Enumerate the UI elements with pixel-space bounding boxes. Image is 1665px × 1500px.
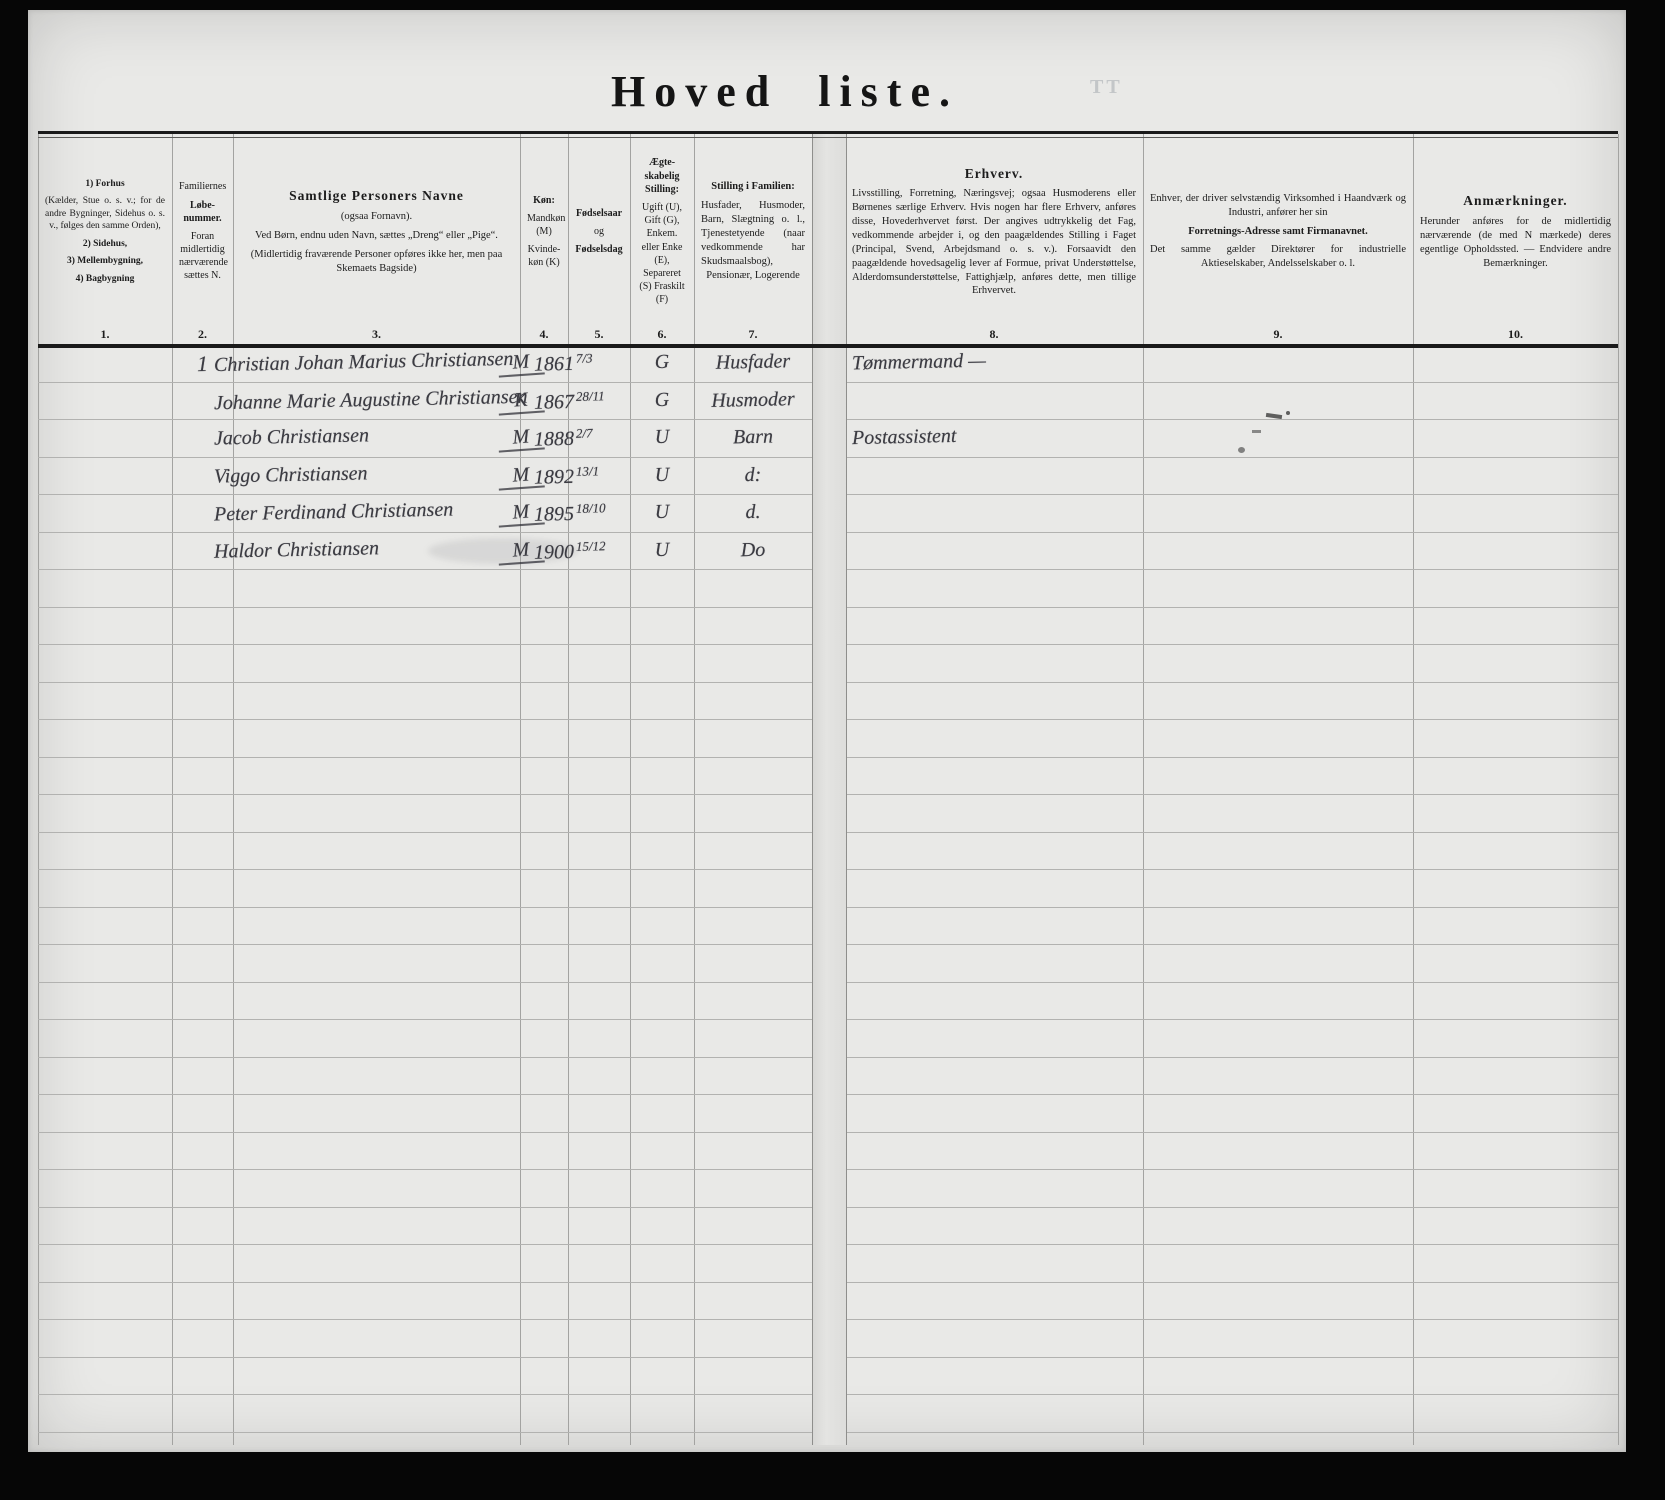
entry-family-position: Barn [694,425,812,450]
column-header-text: Anmærkninger. [1420,192,1611,210]
entry-birth-year: 1900 [534,540,574,563]
ink-speck [1252,430,1261,433]
column-header-5: FødselsaarogFødselsdag5. [568,134,630,344]
column-header-text: 1) Forhus [45,178,165,191]
column-number: 8. [852,325,1136,342]
column-header-text: 2) Sidehus, [45,238,165,251]
column-header-text: Ugift (U), Gift (G), Enkem. eller Enke (… [637,201,687,307]
column-header-text: Mandkøn (M) [527,212,561,238]
column-header-text: (Midlertidig fraværende Personer opføres… [240,248,513,276]
column-header-text: Fødselsdag [575,243,623,256]
column-header-10: Anmærkninger.Herunder anføres for de mid… [1413,134,1618,344]
entry-row: Viggo ChristiansenM189213/1Ud: [28,459,1626,496]
column-header-7: Stilling i Familien:Husfader, Husmoder, … [694,134,812,344]
header-bottom-rule [38,344,1618,348]
column-number: 1. [45,325,165,342]
column-header-text: (Kælder, Stue o. s. v.; for de andre Byg… [45,195,165,233]
column-header-2: FamiliernesLøbe-nummer.Foran midlertidig… [172,134,233,344]
entry-row: Haldor ChristiansenM190015/12UDo [28,534,1626,571]
entry-occupation: Tømmermand — [852,350,986,376]
entry-row: Johanne Marie Augustine ChristiansenK186… [28,384,1626,421]
entry-family-position: d. [694,500,812,525]
entry-marital-status: G [630,388,694,412]
entry-family-position: Husfader [694,350,812,375]
column-header-text: Forretnings-Adresse samt Firmanavnet. [1150,225,1406,239]
column-header-8: Erhverv.Livsstilling, Forretning, Næring… [845,134,1143,344]
column-header-text: 3) Mellembygning, [45,255,165,268]
entry-row: Jacob ChristiansenM18882/7UBarnPostassis… [28,421,1626,458]
column-header-3: Samtlige Personers Navne(ogsaa Fornavn).… [233,134,520,344]
entry-name: Christian Johan Marius Christiansen [214,348,514,377]
grid-vertical-line [1618,134,1619,1445]
entry-birth-date: 18882/7 [534,425,593,451]
column-header-text: Erhverv. [852,165,1136,183]
entry-birth-date: 186728/11 [534,388,605,414]
form-title: Hoved liste. [0,66,1584,117]
scanned-census-page: Hoved liste. 1) Forhus(Kælder, Stue o. s… [28,10,1626,1452]
column-number: 2. [179,325,226,342]
entry-marital-status: G [630,350,694,374]
entry-name: Johanne Marie Augustine Christiansen [214,385,528,415]
entry-family-position: Do [694,537,812,562]
column-header-text: Fødselsaar [575,207,623,220]
entry-name: Peter Ferdinand Christiansen [214,498,454,526]
column-header-text: Herunder anføres for de midlertidig nærv… [1420,215,1611,270]
center-fold [812,132,847,1445]
entry-marital-status: U [630,500,694,524]
entry-birth-daymonth: 28/11 [576,388,605,404]
column-number: 9. [1150,325,1406,342]
entry-marital-status: U [630,463,694,487]
column-header-text: Ægte-skabelig Stilling: [637,156,687,196]
column-header-text: Ved Børn, endnu uden Navn, sættes „Dreng… [240,229,513,243]
column-header-text: Enhver, der driver selvstændig Virksomhe… [1150,192,1406,220]
title-divider-thin [38,137,1618,138]
bleed-through-mark: TT [1090,76,1123,99]
entry-birth-daymonth: 7/3 [576,350,593,365]
column-number: 6. [637,325,687,342]
entry-family-position: d: [694,462,812,487]
entry-birth-date: 190015/12 [534,538,606,564]
entry-birth-year: 1892 [534,465,574,488]
entry-birth-date: 189213/1 [534,463,600,489]
entry-row: Peter Ferdinand ChristiansenM189518/10Ud… [28,496,1626,533]
column-header-1: 1) Forhus(Kælder, Stue o. s. v.; for de … [38,134,172,344]
entry-birth-year: 1895 [534,503,574,526]
entry-birth-daymonth: 13/1 [576,463,599,478]
column-number: 3. [240,325,513,342]
title-divider-thick [38,131,1618,134]
entry-occupation: Postassistent [852,425,957,450]
column-header-6: Ægte-skabelig Stilling:Ugift (U), Gift (… [630,134,694,344]
column-header-4: Køn:Mandkøn (M)Kvinde-køn (K)4. [520,134,568,344]
column-header-text: 4) Bagbygning [45,273,165,286]
column-header-text: Livsstilling, Forretning, Næringsvej; og… [852,187,1136,298]
column-number: 4. [527,325,561,342]
ink-speck [1238,447,1245,453]
column-header-text: Stilling i Familien: [701,180,805,194]
column-number: 5. [575,325,623,342]
column-header-text: Foran midlertidig nærværende sættes N. [179,230,226,283]
entry-birth-year: 1867 [534,390,574,413]
ink-speck [1286,411,1290,415]
column-number: 7. [701,325,805,342]
column-header-text: Køn: [527,194,561,207]
entry-name: Viggo Christiansen [214,462,368,488]
entry-family-position: Husmoder [694,387,812,412]
entry-marital-status: U [630,538,694,562]
column-header-text: (ogsaa Fornavn). [240,210,513,224]
entry-row: 1Christian Johan Marius ChristiansenM186… [28,346,1626,383]
column-header-text: Løbe-nummer. [179,199,226,225]
entry-birth-date: 18617/3 [534,350,593,376]
entry-birth-daymonth: 18/10 [576,500,606,516]
entry-birth-year: 1888 [534,428,574,451]
column-header-9: Enhver, der driver selvstændig Virksomhe… [1143,134,1413,344]
column-header-text: Det samme gælder Direktører for industri… [1150,243,1406,271]
column-header-text: Samtlige Personers Navne [240,187,513,205]
entry-name: Haldor Christiansen [214,537,379,563]
entry-birth-daymonth: 2/7 [576,425,593,440]
column-header-text: Familiernes [179,180,226,193]
entry-marital-status: U [630,425,694,449]
entry-birth-date: 189518/10 [534,500,606,526]
column-header-text: Kvinde-køn (K) [527,243,561,269]
entry-birth-daymonth: 15/12 [576,538,606,554]
column-number: 10. [1420,325,1611,342]
entry-birth-year: 1861 [534,353,574,376]
entry-name: Jacob Christiansen [214,424,369,450]
column-header-text: Husfader, Husmoder, Barn, Slægtning o. l… [701,199,805,282]
column-header-text: og [575,225,623,238]
